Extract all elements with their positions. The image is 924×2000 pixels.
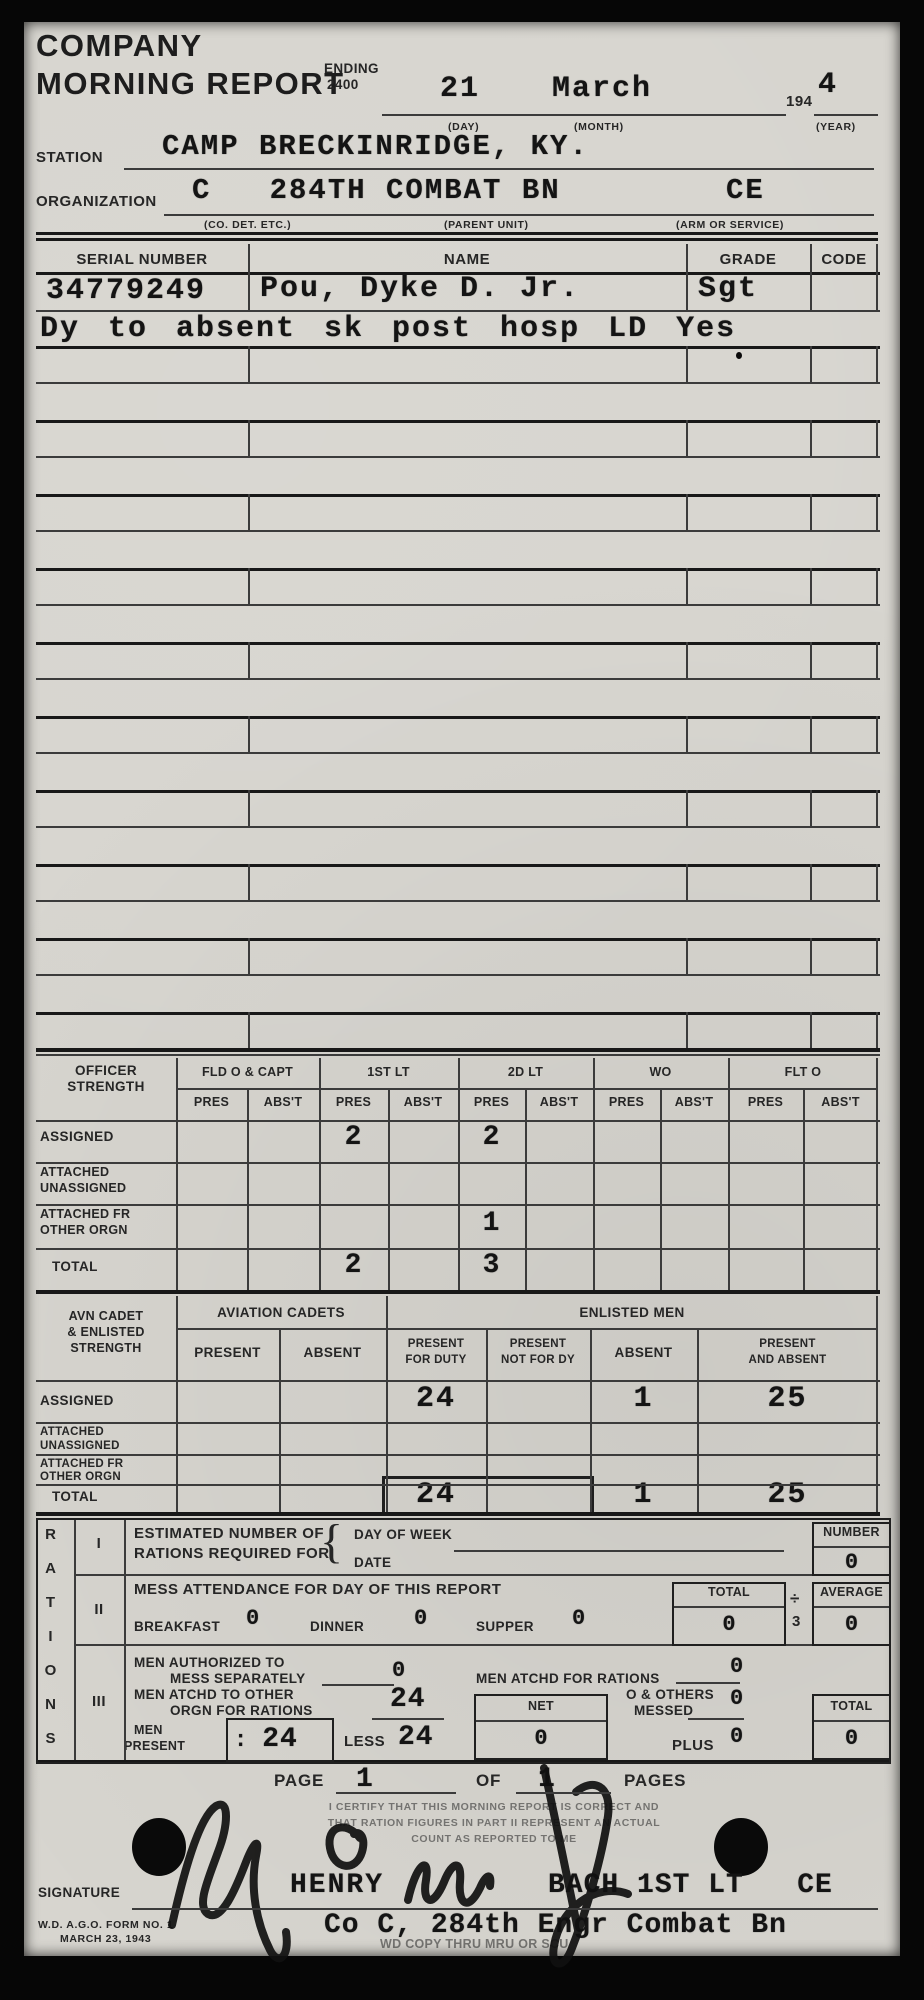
rule-line (36, 456, 880, 458)
rule-line (248, 716, 250, 752)
rule-line (36, 382, 880, 384)
station-value: CAMP BRECKINRIDGE, KY. (162, 132, 589, 161)
officer-total-1stlt-pres: 2 (319, 1252, 388, 1280)
rule-line (36, 568, 880, 571)
rule-line (382, 114, 786, 116)
rule-line (458, 1058, 460, 1290)
rule-line (36, 938, 880, 941)
rule-line (686, 642, 688, 678)
rule-line (36, 1380, 880, 1382)
rule-line (686, 790, 688, 826)
enl-row-att-unass-2: UNASSIGNED (40, 1440, 120, 1452)
rule-line (36, 1290, 880, 1294)
group-1st-lt: 1ST LT (319, 1066, 458, 1079)
arm-service-caption: (ARM OR SERVICE) (676, 220, 784, 231)
rule-line (593, 1058, 595, 1290)
rule-line (810, 864, 812, 900)
rule-line (810, 568, 812, 604)
rule-line (810, 494, 812, 530)
rule-line (36, 1512, 880, 1516)
rule-line (876, 1012, 878, 1048)
report-day: 21 (440, 74, 480, 104)
form-title-line1: COMPANY (36, 30, 203, 63)
rule-line (876, 420, 878, 456)
enl-row-total: TOTAL (52, 1490, 98, 1504)
rule-line (248, 1012, 250, 1048)
rule-line (686, 938, 688, 974)
group-flt-o: FLT O (728, 1066, 878, 1079)
sub-abst-3: ABS'T (525, 1096, 593, 1109)
rule-line (176, 1058, 178, 1290)
rule-line (36, 1248, 880, 1250)
rule-line (810, 244, 812, 272)
rule-line (686, 420, 688, 456)
rule-line (814, 114, 878, 116)
rule-line (876, 1058, 878, 1290)
row-attached-fr-2: OTHER ORGN (40, 1224, 128, 1237)
col-pfd-2: FOR DUTY (386, 1354, 486, 1366)
rule-line (36, 1048, 880, 1052)
officer-attachedfr-2dlt-pres: 1 (458, 1210, 525, 1238)
ending-label: ENDING (324, 62, 379, 76)
col-name: NAME (248, 252, 686, 268)
rule-line (36, 900, 880, 902)
year-caption: (YEAR) (816, 122, 856, 133)
rule-line (525, 1088, 527, 1290)
rule-line (810, 790, 812, 826)
form-box (36, 1518, 891, 1764)
rule-line (810, 938, 812, 974)
year-prefix: 194 (786, 94, 813, 110)
sub-pres-3: PRES (458, 1096, 525, 1109)
organization-label: ORGANIZATION (36, 194, 157, 210)
rule-line (876, 938, 878, 974)
col-pnd-1: PRESENT (486, 1338, 590, 1350)
rule-line (36, 272, 880, 275)
rule-line (876, 272, 878, 310)
rule-line (810, 642, 812, 678)
row-attached-fr-1: ATTACHED FR (40, 1208, 130, 1221)
rule-line (248, 272, 250, 310)
rule-line (516, 1792, 611, 1794)
rule-line (36, 238, 878, 241)
rule-line (132, 1908, 878, 1910)
ending-time: 2400 (327, 78, 359, 92)
rule-line (876, 864, 878, 900)
rule-line (686, 1012, 688, 1048)
rule-line (176, 1328, 878, 1330)
entry-grade: Sgt (698, 274, 758, 304)
col-pa-1: PRESENT (697, 1338, 878, 1350)
rule-line (248, 494, 250, 530)
rule-line (36, 716, 880, 719)
rule-line (124, 168, 874, 170)
co-det-caption: (CO. DET. ETC.) (204, 220, 291, 231)
rule-line (36, 678, 880, 680)
rule-line (686, 346, 688, 382)
rule-line (248, 642, 250, 678)
rule-line (248, 790, 250, 826)
rule-line (803, 1088, 805, 1290)
signature-label: SIGNATURE (38, 1886, 120, 1900)
ink-speck (736, 352, 742, 359)
rule-line (248, 244, 250, 272)
station-label: STATION (36, 150, 103, 166)
rule-line (876, 568, 878, 604)
row-attached-unassigned-2: UNASSIGNED (40, 1182, 126, 1195)
rule-line (876, 642, 878, 678)
col-pfd-1: PRESENT (386, 1338, 486, 1350)
arm-service-value: CE (726, 176, 765, 205)
rule-line (686, 494, 688, 530)
rule-line (36, 530, 880, 532)
rule-line (36, 974, 880, 976)
group-enlisted-men: ENLISTED MEN (386, 1306, 878, 1320)
rule-line (36, 1054, 880, 1056)
rule-line (876, 244, 878, 272)
col-cadets-absent: ABSENT (279, 1346, 386, 1360)
sub-pres-5: PRES (728, 1096, 803, 1109)
sub-pres-1: PRES (176, 1096, 247, 1109)
rule-line (876, 494, 878, 530)
group-wo: WO (593, 1066, 728, 1079)
rule-line (388, 1088, 390, 1290)
organization-value: C 284TH COMBAT BN (192, 176, 561, 205)
rule-line (248, 346, 250, 382)
rule-line (36, 346, 880, 349)
officer-strength-title2: STRENGTH (36, 1080, 176, 1094)
rule-line (36, 1012, 880, 1015)
rule-line (36, 420, 880, 423)
enlisted-title2: & ENLISTED (36, 1326, 176, 1339)
rule-line (36, 1484, 880, 1486)
scanned-morning-report: { "colors":{"paper":"#d7d5cf","ink":"#1b… (0, 0, 924, 2000)
rule-line (36, 232, 878, 235)
group-2d-lt: 2D LT (458, 1066, 593, 1079)
report-year-digit: 4 (818, 70, 838, 100)
rule-line (810, 1012, 812, 1048)
rule-line (686, 244, 688, 272)
enlisted-title3: STRENGTH (36, 1342, 176, 1355)
sub-abst-4: ABS'T (660, 1096, 728, 1109)
enl-row-att-fr-1: ATTACHED FR (40, 1458, 123, 1470)
rule-line (876, 716, 878, 752)
rule-line (36, 1454, 880, 1456)
col-enlisted-absent: ABSENT (590, 1346, 697, 1360)
entry-remarks: Dy to absent sk post hosp LD Yes (40, 314, 736, 344)
rule-line (248, 420, 250, 456)
enl-row-assigned: ASSIGNED (40, 1394, 114, 1408)
rule-line (248, 568, 250, 604)
rule-line (810, 346, 812, 382)
rule-line (36, 864, 880, 867)
rule-line (810, 272, 812, 310)
rule-line (36, 1120, 880, 1122)
row-assigned: ASSIGNED (40, 1130, 114, 1144)
form-title-line2: MORNING REPORT (36, 68, 345, 101)
officer-assigned-1stlt-pres: 2 (319, 1124, 388, 1152)
rule-line (247, 1088, 249, 1290)
rule-line (336, 1792, 456, 1794)
enl-assigned-pfd: 24 (386, 1384, 486, 1414)
enl-assigned-pa: 25 (697, 1384, 878, 1414)
col-grade: GRADE (686, 252, 810, 268)
rule-line (176, 1088, 878, 1090)
rule-line (876, 346, 878, 382)
rule-line (36, 826, 880, 828)
rule-line (36, 494, 880, 497)
sub-abst-2: ABS'T (388, 1096, 458, 1109)
rule-line (164, 214, 874, 216)
rule-line (36, 790, 880, 793)
group-aviation-cadets: AVIATION CADETS (176, 1306, 386, 1320)
sub-pres-4: PRES (593, 1096, 660, 1109)
officer-strength-title1: OFFICER (36, 1064, 176, 1078)
rule-line (686, 864, 688, 900)
total-emphasis-box (382, 1476, 594, 1516)
rule-line (660, 1088, 662, 1290)
rule-line (319, 1058, 321, 1290)
rule-line (36, 604, 880, 606)
rule-line (248, 864, 250, 900)
rule-line (810, 420, 812, 456)
officer-total-2dlt-pres: 3 (458, 1252, 525, 1280)
col-serial-number: SERIAL NUMBER (36, 252, 248, 268)
enl-row-att-unass-1: ATTACHED (40, 1426, 104, 1438)
rule-line (686, 568, 688, 604)
enlisted-title1: AVN CADET (36, 1310, 176, 1323)
sub-pres-2: PRES (319, 1096, 388, 1109)
entry-serial-number: 34779249 (46, 276, 206, 306)
col-pnd-2: NOT FOR DY (486, 1354, 590, 1366)
rule-line (810, 716, 812, 752)
rule-line (248, 938, 250, 974)
sub-abst-1: ABS'T (247, 1096, 319, 1109)
col-pa-2: AND ABSENT (697, 1354, 878, 1366)
group-fldo-capt: FLD O & CAPT (176, 1066, 319, 1079)
morning-report-page: COMPANY MORNING REPORT ENDING 2400 21 Ma… (24, 22, 900, 1956)
rule-line (686, 272, 688, 310)
rule-line (36, 1162, 880, 1164)
entry-name: Pou, Dyke D. Jr. (260, 274, 580, 304)
rule-line (36, 1204, 880, 1206)
rule-line (876, 790, 878, 826)
row-attached-unassigned-1: ATTACHED (40, 1166, 109, 1179)
officer-assigned-2dlt-pres: 2 (458, 1124, 525, 1152)
row-total: TOTAL (52, 1260, 98, 1274)
col-cadets-present: PRESENT (176, 1346, 279, 1360)
rule-line (728, 1058, 730, 1290)
rule-line (686, 716, 688, 752)
enl-row-att-fr-2: OTHER ORGN (40, 1471, 121, 1483)
col-code: CODE (810, 252, 878, 268)
rule-line (36, 1422, 880, 1424)
rule-line (36, 642, 880, 645)
parent-unit-caption: (PARENT UNIT) (444, 220, 529, 231)
rule-line (36, 752, 880, 754)
report-month: March (552, 74, 652, 104)
hole-punch-right (714, 1818, 768, 1876)
sub-abst-5: ABS'T (803, 1096, 878, 1109)
rule-line (36, 310, 880, 312)
enl-assigned-absent: 1 (590, 1384, 697, 1414)
